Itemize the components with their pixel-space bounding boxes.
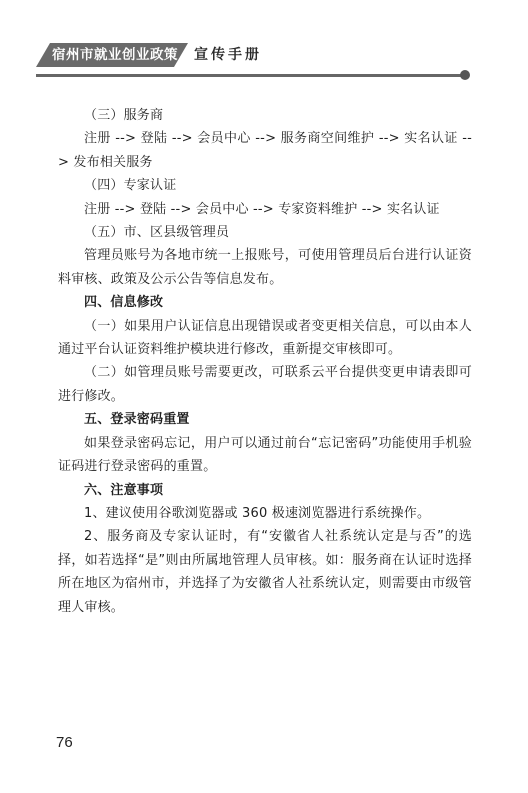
document-body: （三）服务商 注册 --> 登陆 --> 会员中心 --> 服务商空间维护 --… <box>58 104 472 619</box>
paragraph-expert-flow: 注册 --> 登陆 --> 会员中心 --> 专家资料维护 --> 实名认证 <box>58 198 472 221</box>
section-info-modification: 四、信息修改 <box>58 291 472 314</box>
paragraph-administrators: 管理员账号为各地市统一上报账号，可使用管理员后台进行认证资料审核、政策及公示公告… <box>58 244 472 291</box>
section-notes: 六、注意事项 <box>58 479 472 502</box>
paragraph-service-provider-flow: 注册 --> 登陆 --> 会员中心 --> 服务商空间维护 --> 实名认证 … <box>58 127 472 174</box>
paragraph-note-2: 2、服务商及专家认证时，有“安徽省人社系统认定是与否”的选择，如若选择“是”则由… <box>58 525 472 619</box>
paragraph-note-1: 1、建议使用谷歌浏览器或 360 极速浏览器进行系统操作。 <box>58 502 472 525</box>
subsection-expert-certification: （四）专家认证 <box>58 174 472 197</box>
page-number: 76 <box>56 734 73 751</box>
header-subtitle: 宣传手册 <box>194 46 262 64</box>
section-password-reset: 五、登录密码重置 <box>58 408 472 431</box>
header-tab-title: 宿州市就业创业政策 <box>52 46 178 64</box>
paragraph-info-modification-1: （一）如果用户认证信息出现错误或者变更相关信息，可以由本人通过平台认证资料维护模… <box>58 315 472 362</box>
page-header: 宿州市就业创业政策 宣传手册 <box>0 0 528 80</box>
header-divider <box>36 74 466 77</box>
subsection-administrators: （五）市、区县级管理员 <box>58 221 472 244</box>
paragraph-password-reset: 如果登录密码忘记，用户可以通过前台“忘记密码”功能使用手机验证码进行登录密码的重… <box>58 432 472 479</box>
paragraph-info-modification-2: （二）如管理员账号需要更改，可联系云平台提供变更申请表即可进行修改。 <box>58 361 472 408</box>
subsection-service-provider: （三）服务商 <box>58 104 472 127</box>
header-divider-dot-icon <box>460 70 470 80</box>
